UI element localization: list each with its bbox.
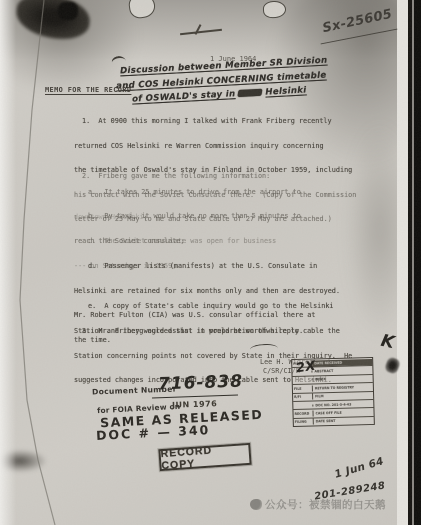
- stamp-cell: [293, 379, 313, 382]
- stamp-cell: [293, 404, 313, 407]
- scan-margin: [0, 0, 16, 525]
- scribbled-out-word: [238, 89, 263, 97]
- scan-border-band: [408, 0, 421, 525]
- stamp-cell: DATE SENT: [314, 417, 374, 425]
- text-line: c. The Soviet consulate was open for bus…: [74, 237, 276, 245]
- title-text: Helsinki: [265, 85, 307, 97]
- foia-date-stamp: JUN 1976: [172, 399, 218, 410]
- watermark-text: 公众号：被禁锢的白天鹅: [265, 497, 386, 512]
- scan-margin: [397, 0, 408, 525]
- stamp-cell: R/FI: [293, 394, 313, 401]
- text-line: d. Passenger lists (manifests) at the U.…: [74, 262, 340, 270]
- stamp-cell: FILE: [293, 385, 313, 392]
- routing-stamp-row: FILINGDATE SENT: [294, 416, 374, 426]
- watermark: 公众号：被禁锢的白天鹅: [250, 497, 386, 512]
- text-line: e. A copy of State's cable inquiry would…: [74, 302, 334, 310]
- text-line: returned COS Helsinki re Warren Commissi…: [74, 142, 356, 150]
- memo-for-record-label: MEMO FOR THE RECORD: [45, 86, 131, 94]
- text-line: 3. Mr. Friberg agreed that it would be w…: [74, 327, 352, 335]
- stamp-cell: FILING: [294, 419, 314, 426]
- text-line: b. By taxi, it would take no more than 5…: [74, 212, 301, 220]
- watermark-logo-icon: [250, 499, 262, 510]
- handwritten-stamp-mark: 2X: [295, 359, 317, 377]
- document-number-value: 716-838: [158, 372, 244, 395]
- scanned-memo-page: Sx-25605 1 June 1964 Discussion between …: [0, 0, 421, 525]
- stamp-cell: RECORD: [293, 411, 313, 418]
- text-line: 1. At 0900 this morning I talked with Fr…: [74, 117, 356, 125]
